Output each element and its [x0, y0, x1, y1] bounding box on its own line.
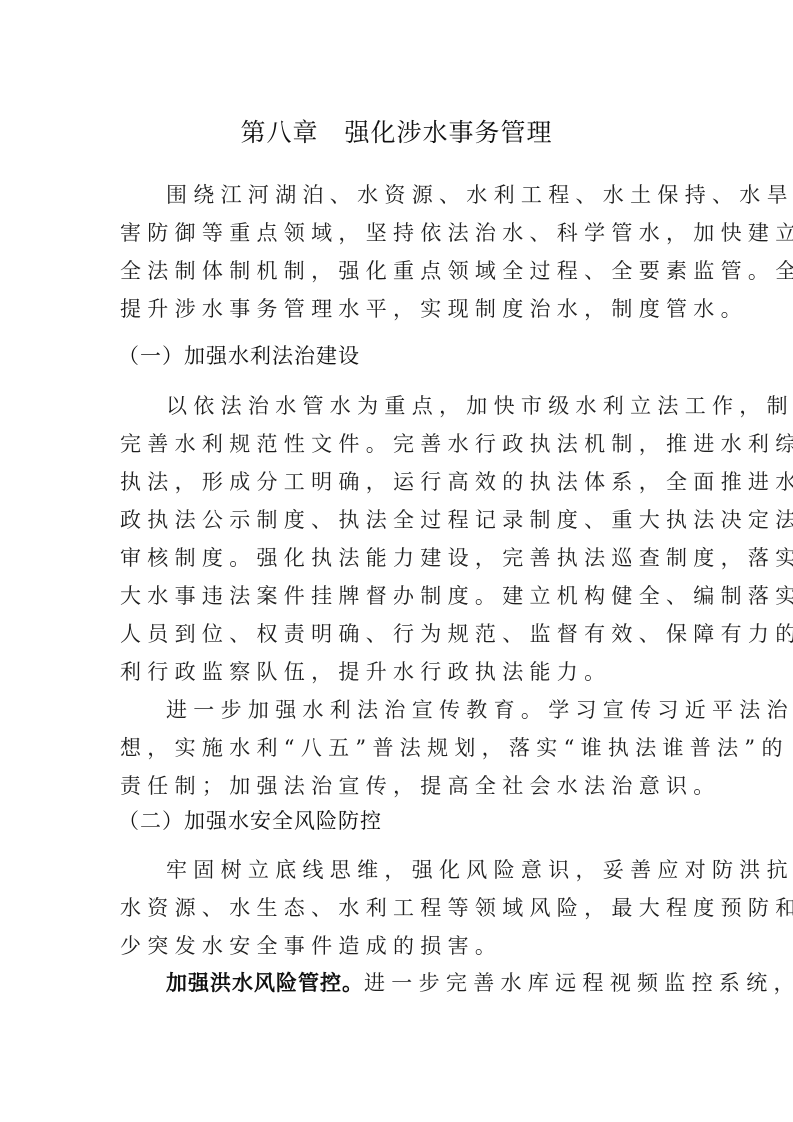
- text-line: 人员到位、权责明确、行为规范、监督有效、保障有力的水: [120, 615, 680, 653]
- section-2-paragraph-2: 加强洪水风险管控。进一步完善水库远程视频监控系统，: [120, 964, 680, 1002]
- text-line: 政执法公示制度、执法全过程记录制度、重大执法决定法制: [120, 501, 680, 539]
- text-line: 牢固树立底线思维，强化风险意识，妥善应对防洪抗旱、: [120, 851, 680, 889]
- text-line: 少突发水安全事件造成的损害。: [120, 927, 680, 965]
- text-line: 围绕江河湖泊、水资源、水利工程、水土保持、水旱灾: [120, 176, 680, 214]
- section-1-paragraph-1: 以依法治水管水为重点，加快市级水利立法工作，制定 完善水利规范性文件。完善水行政…: [120, 387, 680, 691]
- text-line: 完善水利规范性文件。完善水行政执法机制，推进水利综合: [120, 425, 680, 463]
- section-1-paragraph-2: 进一步加强水利法治宣传教育。学习宣传习近平法治思 想，实施水利“八五”普法规划，…: [120, 691, 680, 805]
- text-line: 利行政监察队伍，提升水行政执法能力。: [120, 653, 680, 691]
- text-line: 大水事违法案件挂牌督办制度。建立机构健全、编制落实、: [120, 577, 680, 615]
- text-line: 责任制；加强法治宣传，提高全社会水法治意识。: [120, 767, 680, 805]
- text-line: 害防御等重点领域，坚持依法治水、科学管水，加快建立健: [120, 214, 680, 252]
- intro-paragraph: 围绕江河湖泊、水资源、水利工程、水土保持、水旱灾 害防御等重点领域，坚持依法治水…: [120, 176, 680, 328]
- text-line: 提升涉水事务管理水平，实现制度治水，制度管水。: [120, 290, 680, 328]
- chapter-name: 强化涉水事务管理: [345, 118, 553, 147]
- text-line: 审核制度。强化执法能力建设，完善执法巡查制度，落实重: [120, 539, 680, 577]
- chapter-number: 第八章: [240, 118, 318, 147]
- section-2-paragraph-1: 牢固树立底线思维，强化风险意识，妥善应对防洪抗旱、 水资源、水生态、水利工程等领…: [120, 851, 680, 965]
- document-page: 第八章强化涉水事务管理 围绕江河湖泊、水资源、水利工程、水土保持、水旱灾 害防御…: [0, 0, 793, 1122]
- text-continuation: 进一步完善水库远程视频监控系统，: [364, 971, 793, 995]
- text-line: 想，实施水利“八五”普法规划，落实“谁执法谁普法”的: [120, 729, 680, 767]
- section-heading-risk: （二）加强水安全风险防控: [118, 802, 680, 840]
- text-line: 执法，形成分工明确，运行高效的执法体系，全面推进水行: [120, 463, 680, 501]
- text-line: 水资源、水生态、水利工程等领域风险，最大程度预防和减: [120, 889, 680, 927]
- text-line: 加强洪水风险管控。进一步完善水库远程视频监控系统，: [120, 964, 680, 1002]
- section-heading-legal: （一）加强水利法治建设: [118, 337, 680, 375]
- text-line: 进一步加强水利法治宣传教育。学习宣传习近平法治思: [120, 691, 680, 729]
- text-line: 全法制体制机制，强化重点领域全过程、全要素监管。全力: [120, 252, 680, 290]
- chapter-title: 第八章强化涉水事务管理: [0, 115, 793, 151]
- bold-lead-text: 加强洪水风险管控。: [166, 971, 364, 995]
- text-line: 以依法治水管水为重点，加快市级水利立法工作，制定: [120, 387, 680, 425]
